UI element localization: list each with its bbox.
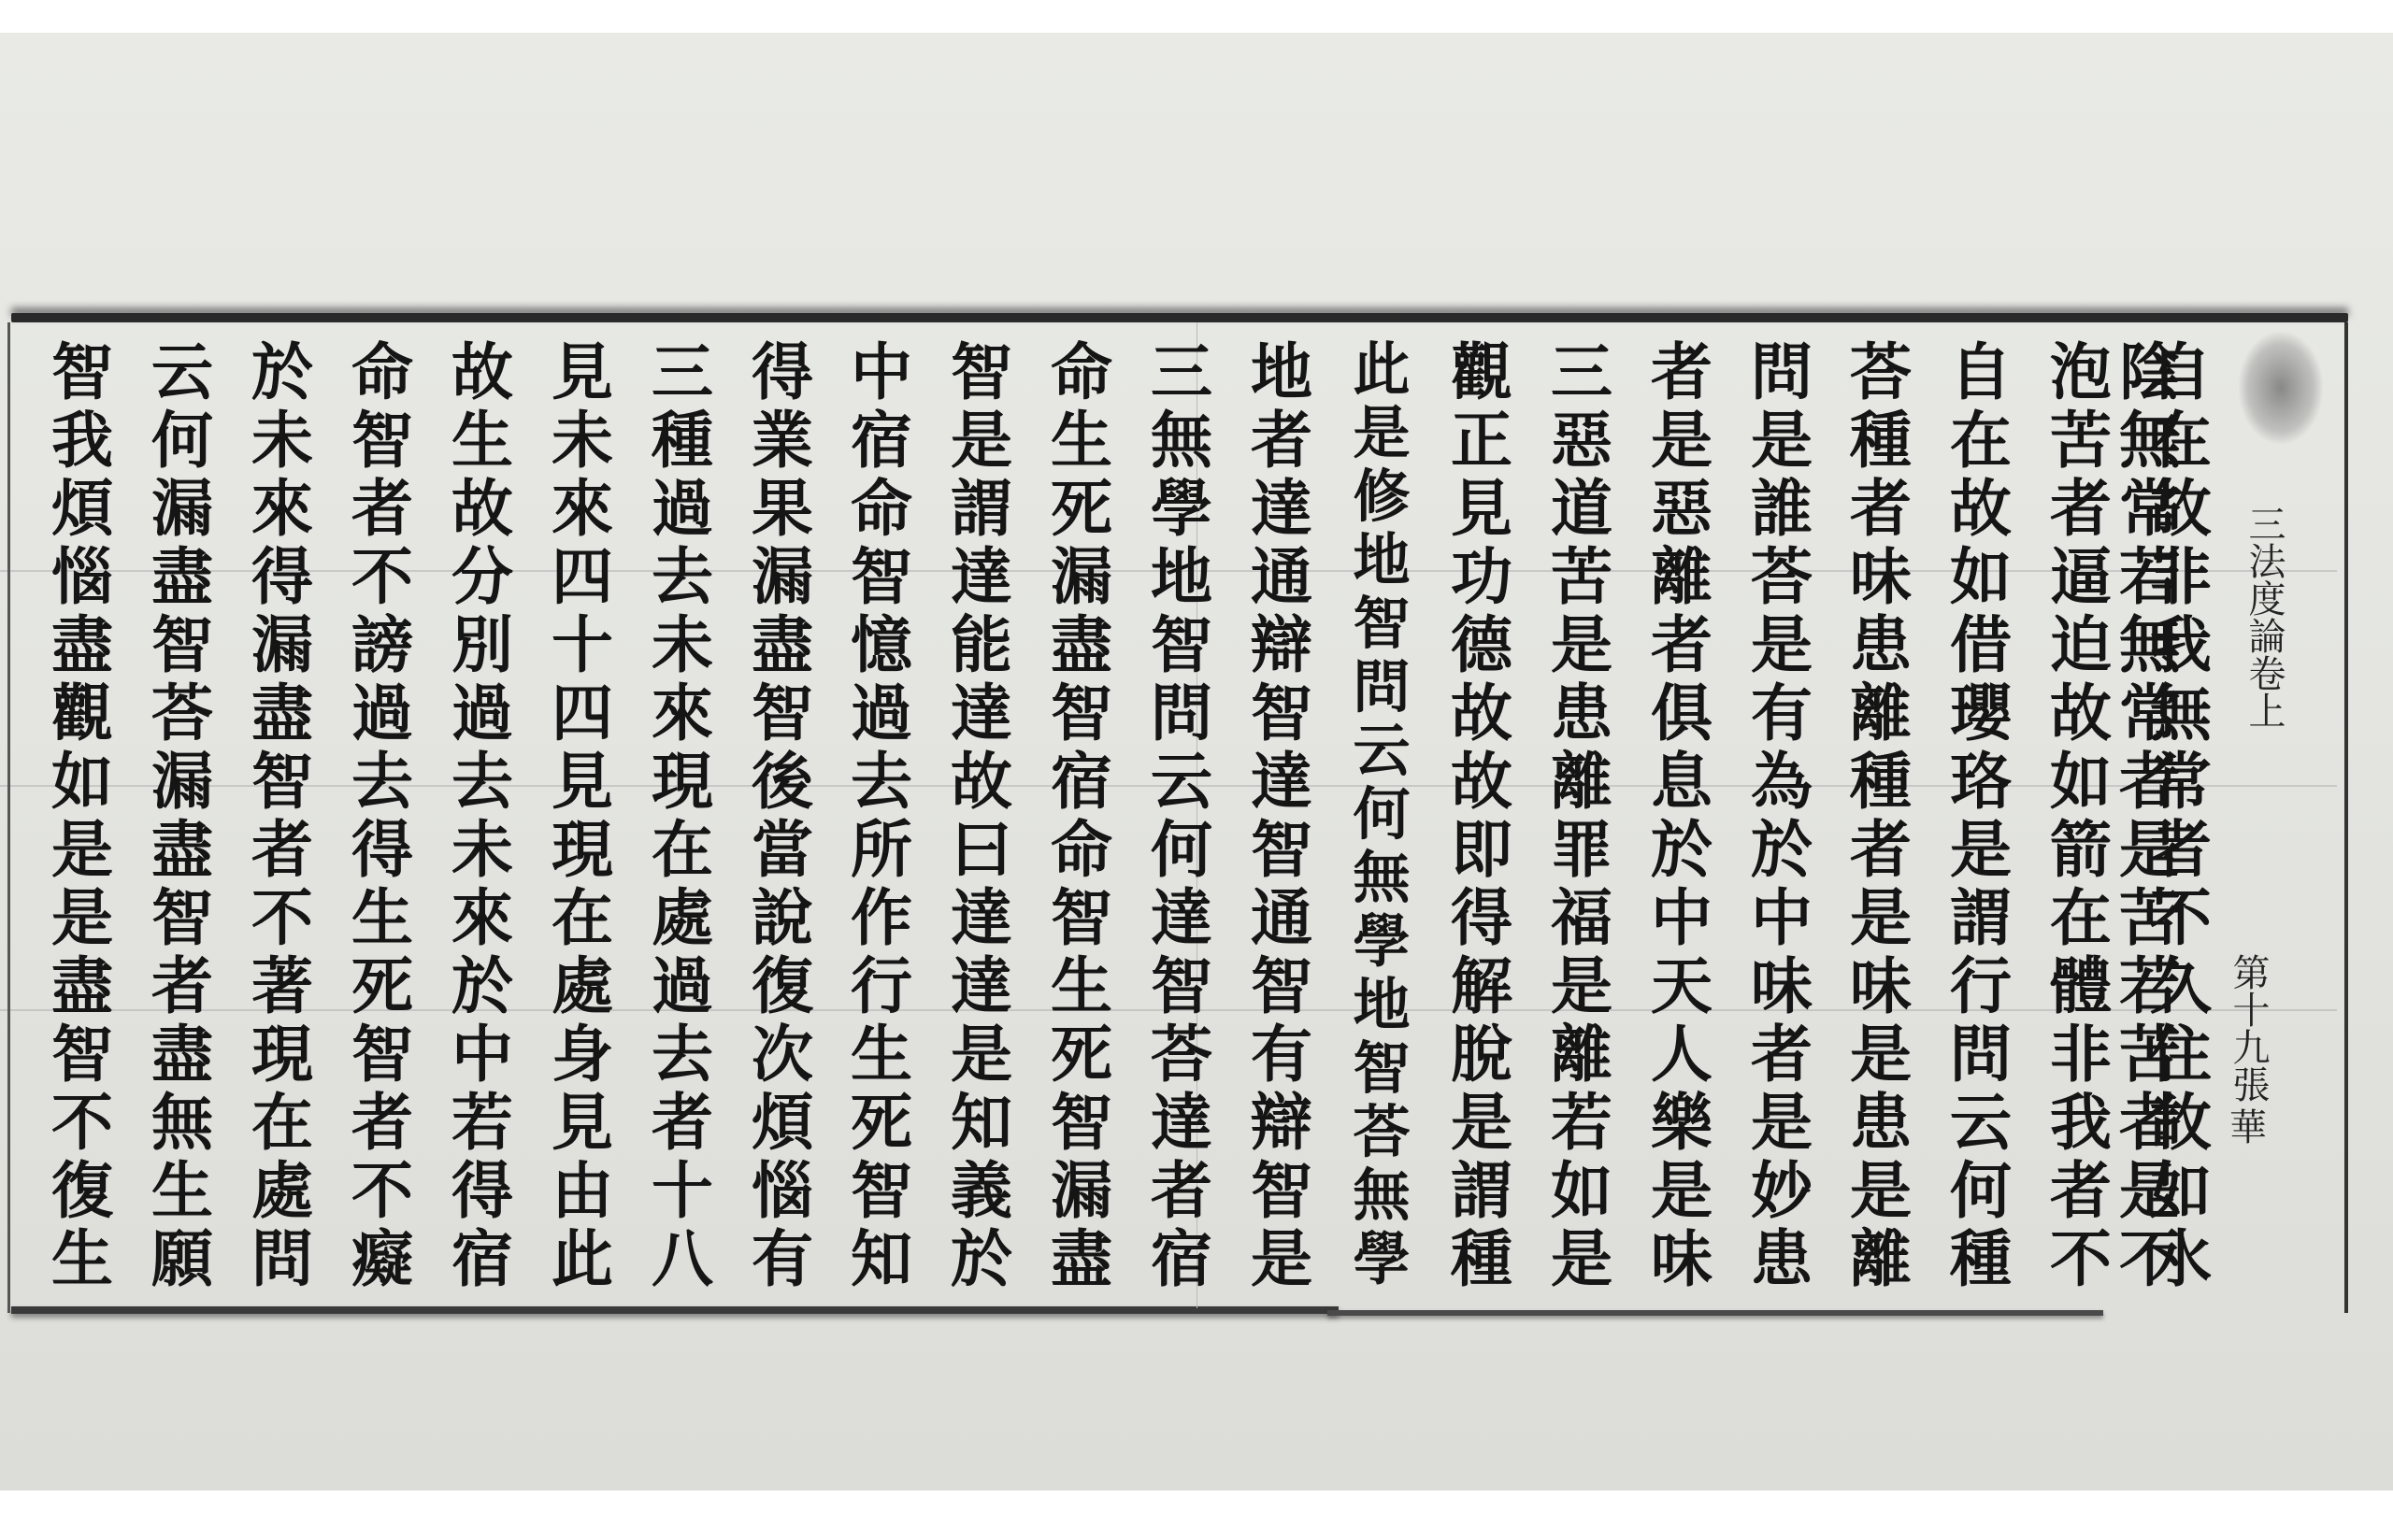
glyph: 於 [1751,816,1813,884]
glyph: 是 [1751,611,1813,679]
margin-carver-mark: 華 [2220,1107,2276,1148]
glyph: 漏 [151,475,213,543]
glyph: 著 [251,952,313,1020]
glyph: 煩 [752,1089,813,1157]
glyph: 離 [1551,748,1612,816]
glyph: 者 [2050,1157,2112,1225]
glyph: 未 [552,406,613,475]
glyph: 身 [552,1020,613,1089]
glyph: 此 [552,1225,613,1293]
glyph: 自 [1950,338,2012,406]
glyph: 八 [652,1225,713,1293]
text-column: 智我煩惱盡觀如是是盡智不復生 [36,338,129,1293]
glyph: 中 [451,1020,513,1089]
glyph: 謗 [351,611,413,679]
glyph: 久 [2150,952,2212,1020]
glyph: 行 [851,952,912,1020]
glyph: 我 [51,406,113,475]
glyph: 智 [151,884,213,952]
glyph: 云 [1353,720,1410,783]
glyph: 生 [1051,406,1112,475]
glyph: 辯 [1251,1089,1312,1157]
glyph: 達 [951,679,1012,748]
glyph: 處 [552,952,613,1020]
glyph: 生 [151,1157,213,1225]
glyph: 智 [51,338,113,406]
glyph: 說 [752,884,813,952]
glyph: 命 [351,338,413,406]
glyph: 荅 [1353,1101,1410,1164]
glyph: 智 [151,611,213,679]
glyph: 處 [251,1157,313,1225]
glyph: 水 [2150,1225,2212,1293]
glyph: 未 [251,406,313,475]
glyph: 問 [251,1225,313,1293]
glyph: 荅 [1850,338,1912,406]
frame-top-border [11,313,2348,322]
glyph: 是 [51,884,113,952]
glyph: 盡 [151,543,213,611]
margin-title: 三法度論卷上 [2236,505,2292,729]
glyph: 達 [951,543,1012,611]
text-column: 地者達通辯智達智通智有辯智是 [1235,338,1328,1293]
glyph: 行 [1950,952,2012,1020]
glyph: 種 [1451,1225,1512,1293]
frame-bottom-border [11,1306,1339,1314]
glyph: 宿 [851,406,912,475]
glyph: 功 [1451,543,1512,611]
glyph: 宿 [451,1225,513,1293]
glyph: 盡 [1051,1225,1112,1293]
glyph: 死 [351,952,413,1020]
glyph: 云 [1151,748,1212,816]
glyph: 智 [851,1157,912,1225]
text-column: 自在故非我無常者不久住故如水 [2134,338,2228,1293]
glyph: 達 [1251,475,1312,543]
glyph: 故 [451,338,513,406]
glyph: 達 [951,952,1012,1020]
glyph: 是 [51,816,113,884]
glyph: 常 [2150,748,2212,816]
glyph: 業 [752,406,813,475]
glyph: 分 [451,543,513,611]
glyph: 見 [552,748,613,816]
glyph: 所 [851,816,912,884]
glyph: 種 [1850,748,1912,816]
glyph: 願 [151,1225,213,1293]
glyph: 云 [1950,1089,2012,1157]
glyph: 為 [1751,748,1813,816]
glyph: 盡 [1051,611,1112,679]
text-column: 問是誰荅是有為於中味者是妙患 [1735,338,1828,1293]
glyph: 學 [1151,475,1212,543]
glyph: 離 [1850,679,1912,748]
glyph: 泡 [2050,338,2112,406]
glyph: 由 [552,1157,613,1225]
glyph: 後 [752,748,813,816]
glyph: 地 [1251,338,1312,406]
glyph: 何 [151,406,213,475]
glyph: 住 [2150,1020,2212,1089]
carver-mark-text: 華 [2229,1107,2267,1148]
glyph: 得 [251,543,313,611]
glyph: 去 [652,1020,713,1089]
glyph: 者 [1251,406,1312,475]
glyph: 見 [1451,475,1512,543]
glyph: 癡 [351,1225,413,1293]
glyph: 是 [951,406,1012,475]
glyph: 智 [51,1020,113,1089]
glyph: 是 [1251,1225,1312,1293]
page-number-text: 第十九張 [2228,953,2269,1103]
glyph: 故 [1451,679,1512,748]
glyph: 地 [1151,543,1212,611]
glyph: 者 [251,816,313,884]
glyph: 無 [151,1089,213,1157]
glyph: 別 [451,611,513,679]
glyph: 漏 [1051,1157,1112,1225]
glyph: 福 [1551,884,1612,952]
glyph: 故 [2050,679,2112,748]
glyph: 非 [2150,543,2212,611]
glyph: 不 [2150,884,2212,952]
glyph: 得 [1451,884,1512,952]
glyph: 自 [2150,338,2212,406]
text-column: 於未來得漏盡智者不著現在處問 [236,338,329,1293]
frame-right-border [2344,322,2348,1313]
glyph: 未 [652,611,713,679]
glyph: 借 [1950,611,2012,679]
glyph: 盡 [251,679,313,748]
glyph: 智 [1051,1089,1112,1157]
text-column: 智是謂達能達故曰達達是知義於 [935,338,1028,1293]
glyph: 義 [951,1157,1012,1225]
glyph: 不 [351,1157,413,1225]
glyph: 見 [552,1089,613,1157]
glyph: 者 [1151,1157,1212,1225]
glyph: 無 [1151,406,1212,475]
glyph: 惱 [752,1157,813,1225]
text-column: 故生故分別過去未來於中若得宿 [436,338,529,1293]
glyph: 是 [1353,402,1410,465]
glyph: 在 [552,884,613,952]
glyph: 知 [851,1225,912,1293]
glyph: 體 [2050,952,2112,1020]
glyph: 問 [1950,1020,2012,1089]
text-column: 泡苦者逼迫故如箭在體非我者不 [2034,338,2128,1293]
glyph: 地 [1353,974,1410,1037]
glyph: 來 [652,679,713,748]
glyph: 如 [2050,748,2112,816]
glyph: 是 [1950,816,2012,884]
ink-seal-mark [2239,332,2323,444]
glyph: 死 [1051,1020,1112,1089]
glyph: 離 [1551,1020,1612,1089]
glyph: 者 [2050,475,2112,543]
glyph: 漏 [251,611,313,679]
glyph: 如 [2150,1157,2212,1225]
text-column: 自在故如借瓔珞是謂行問云何種 [1934,338,2028,1293]
glyph: 智 [351,1020,413,1089]
glyph: 謂 [951,475,1012,543]
glyph: 不 [351,543,413,611]
glyph: 復 [51,1157,113,1225]
glyph: 現 [652,748,713,816]
glyph: 智 [1251,1157,1312,1225]
margin-title-text: 三法度論卷上 [2243,505,2285,729]
text-column: 中宿命智憶過去所作行生死智知 [835,338,928,1293]
glyph: 不 [2050,1225,2112,1293]
glyph: 患 [1850,611,1912,679]
glyph: 通 [1251,884,1312,952]
glyph: 者 [1850,475,1912,543]
glyph: 如 [1950,543,2012,611]
glyph: 是 [951,1020,1012,1089]
glyph: 智 [1251,952,1312,1020]
glyph: 故 [451,475,513,543]
glyph: 生 [851,1020,912,1089]
glyph: 去 [351,748,413,816]
glyph: 過 [451,679,513,748]
glyph: 若 [1551,1089,1612,1157]
glyph: 謂 [1451,1157,1512,1225]
glyph: 觀 [51,679,113,748]
glyph: 故 [1950,475,2012,543]
glyph: 是 [1651,1157,1712,1225]
glyph: 味 [1850,952,1912,1020]
glyph: 四 [552,543,613,611]
glyph: 我 [2050,1089,2112,1157]
text-column: 命智者不謗過去得生死智者不癡 [336,338,429,1293]
glyph: 離 [1850,1225,1912,1293]
glyph: 智 [1051,884,1112,952]
glyph: 觀 [1451,338,1512,406]
glyph: 中 [1751,884,1813,952]
glyph: 是 [1751,1089,1813,1157]
glyph: 惡 [1551,406,1612,475]
glyph: 若 [451,1089,513,1157]
glyph: 復 [752,952,813,1020]
glyph: 去 [851,748,912,816]
glyph: 達 [951,884,1012,952]
glyph: 者 [1850,816,1912,884]
glyph: 何 [1353,783,1410,847]
bottom-margin [0,1490,2393,1540]
glyph: 者 [1651,611,1712,679]
text-column: 命生死漏盡智宿命智生死智漏盡 [1035,338,1128,1293]
glyph: 中 [851,338,912,406]
glyph: 正 [1451,406,1512,475]
glyph: 在 [2050,884,2112,952]
glyph: 種 [1950,1225,2012,1293]
glyph: 患 [1551,679,1612,748]
glyph: 在 [251,1089,313,1157]
glyph: 見 [552,338,613,406]
glyph: 過 [851,679,912,748]
glyph: 憶 [851,611,912,679]
glyph: 盡 [752,611,813,679]
glyph: 過 [652,952,713,1020]
glyph: 得 [451,1157,513,1225]
glyph: 生 [51,1225,113,1293]
glyph: 智 [1251,816,1312,884]
text-column: 見未來四十四見現在處身見由此 [536,338,629,1293]
glyph: 不 [251,884,313,952]
glyph: 離 [1651,543,1712,611]
glyph: 我 [2150,611,2212,679]
glyph: 問 [1751,338,1813,406]
glyph: 故 [2150,1089,2212,1157]
glyph: 命 [1051,338,1112,406]
glyph: 有 [1251,1020,1312,1089]
glyph: 在 [1950,406,2012,475]
glyph: 有 [752,1225,813,1293]
glyph: 逼 [2050,543,2112,611]
glyph: 漏 [151,748,213,816]
glyph: 是 [1551,611,1612,679]
glyph: 智 [251,748,313,816]
glyph: 能 [951,611,1012,679]
glyph: 修 [1353,465,1410,529]
text-column: 云何漏盡智荅漏盡智者盡無生願 [136,338,229,1293]
glyph: 三 [1551,338,1612,406]
glyph: 來 [552,475,613,543]
glyph: 現 [552,816,613,884]
glyph: 妙 [1751,1157,1813,1225]
glyph: 珞 [1950,748,2012,816]
glyph: 此 [1353,338,1410,402]
glyph: 道 [1551,475,1612,543]
frame-left-border [7,322,10,1313]
glyph: 味 [1850,543,1912,611]
glyph: 於 [251,338,313,406]
glyph: 者 [1651,338,1712,406]
glyph: 惱 [51,543,113,611]
glyph: 者 [2150,816,2212,884]
glyph: 十 [552,611,613,679]
text-column: 荅種者味患離種者是味是患是離 [1834,338,1927,1293]
glyph: 瓔 [1950,679,2012,748]
glyph: 中 [1651,884,1712,952]
glyph: 生 [451,406,513,475]
glyph: 云 [151,338,213,406]
glyph: 來 [251,475,313,543]
glyph: 盡 [51,952,113,1020]
glyph: 者 [351,475,413,543]
glyph: 在 [2150,406,2212,475]
glyph: 智 [851,543,912,611]
glyph: 樂 [1651,1089,1712,1157]
glyph: 宿 [1051,748,1112,816]
glyph: 四 [552,679,613,748]
glyph: 漏 [1051,543,1112,611]
glyph: 三 [652,338,713,406]
glyph: 去 [451,748,513,816]
glyph: 達 [1151,884,1212,952]
glyph: 患 [1850,1089,1912,1157]
glyph: 迫 [2050,611,2112,679]
glyph: 智 [1051,679,1112,748]
glyph: 智 [1353,592,1410,656]
glyph: 箭 [2050,816,2112,884]
glyph: 於 [951,1225,1012,1293]
glyph: 去 [652,543,713,611]
glyph: 智 [1251,679,1312,748]
glyph: 智 [1353,1037,1410,1101]
glyph: 者 [652,1089,713,1157]
glyph: 故 [1451,748,1512,816]
text-column: 三無學地智問云何達智荅達者宿 [1135,338,1228,1293]
glyph: 謂 [1950,884,2012,952]
glyph: 者 [1751,1020,1813,1089]
glyph: 智 [1151,952,1212,1020]
glyph: 者 [151,952,213,1020]
glyph: 是 [1850,1020,1912,1089]
glyph: 達 [1251,748,1312,816]
glyph: 荅 [1751,543,1813,611]
glyph: 無 [1353,1164,1410,1228]
glyph: 如 [1551,1157,1612,1225]
glyph: 息 [1651,748,1712,816]
glyph: 罪 [1551,816,1612,884]
text-column: 觀正見功德故故即得解脫是謂種 [1435,338,1528,1293]
glyph: 死 [851,1089,912,1157]
glyph: 生 [351,884,413,952]
glyph: 惡 [1651,475,1712,543]
glyph: 問 [1353,656,1410,720]
glyph: 現 [251,1020,313,1089]
glyph: 得 [351,816,413,884]
glyph: 俱 [1651,679,1712,748]
glyph: 天 [1651,952,1712,1020]
glyph: 得 [752,338,813,406]
margin-page-label: 第十九張 [2220,953,2276,1103]
glyph: 故 [2150,475,2212,543]
glyph: 德 [1451,611,1512,679]
glyph: 味 [1751,952,1813,1020]
glyph: 三 [1151,338,1212,406]
glyph: 作 [851,884,912,952]
glyph: 何 [1151,816,1212,884]
glyph: 是 [1850,1157,1912,1225]
glyph: 是 [1451,1089,1512,1157]
glyph: 問 [1151,679,1212,748]
glyph: 次 [752,1020,813,1089]
glyph: 無 [1353,847,1410,910]
glyph: 即 [1451,816,1512,884]
text-column: 三種過去未來現在處過去者十八 [636,338,729,1293]
glyph: 辯 [1251,611,1312,679]
glyph: 種 [652,406,713,475]
glyph: 種 [1850,406,1912,475]
glyph: 過 [351,679,413,748]
glyph: 漏 [752,543,813,611]
glyph: 荅 [151,679,213,748]
glyph: 當 [752,816,813,884]
glyph: 宿 [1151,1225,1212,1293]
glyph: 過 [652,475,713,543]
glyph: 人 [1651,1020,1712,1089]
glyph: 盡 [151,1020,213,1089]
glyph: 死 [1051,475,1112,543]
glyph: 十 [652,1157,713,1225]
glyph: 是 [1850,884,1912,952]
glyph: 苦 [2050,406,2112,475]
glyph: 命 [851,475,912,543]
glyph: 是 [1551,1225,1612,1293]
glyph: 煩 [51,475,113,543]
glyph: 如 [51,748,113,816]
